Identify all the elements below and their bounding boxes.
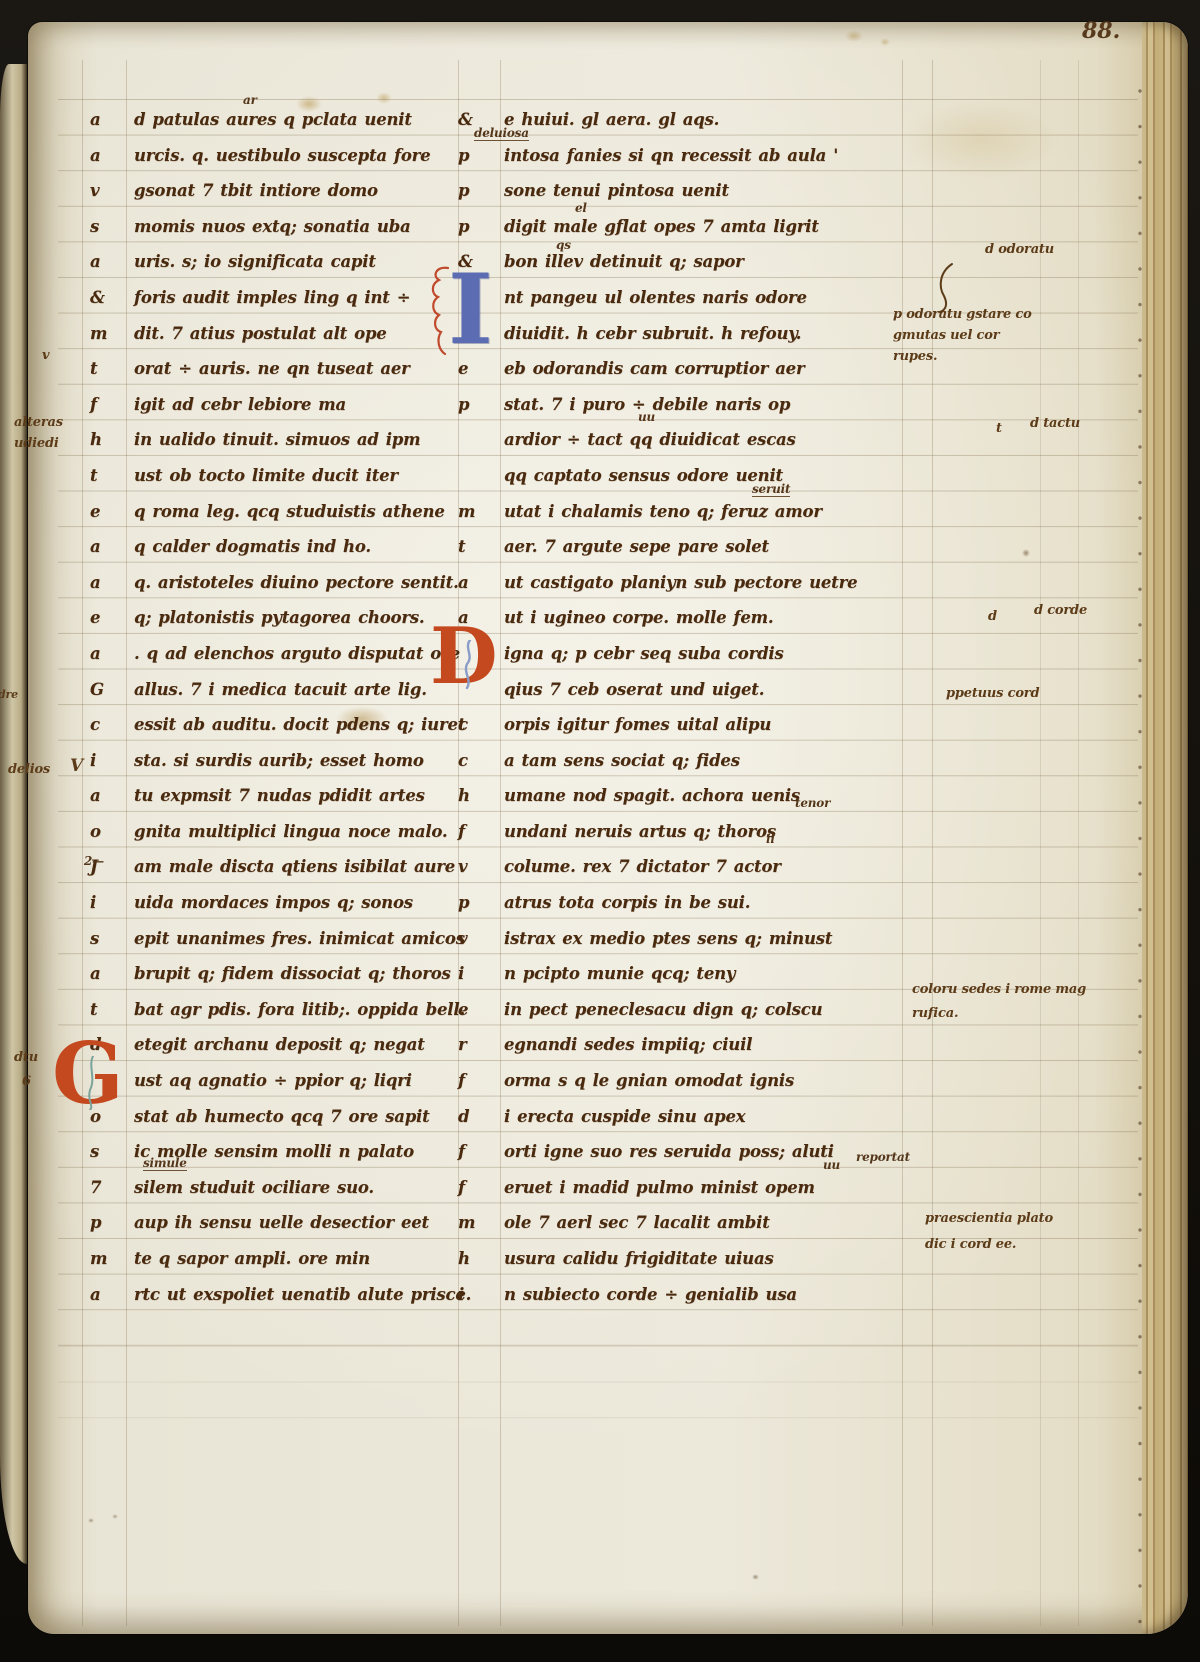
line-initial: f	[456, 1142, 504, 1172]
right-margin-note: d	[988, 609, 997, 624]
line-text: eb odorandis cam corruptior aer	[504, 359, 804, 389]
line-text: . q ad elenchos arguto disputat ore	[134, 644, 460, 674]
left-text-column: a d patulas aures q pclata uenit a urcis…	[86, 104, 478, 1314]
verse-line: a q calder dogmatis ind ho.	[86, 531, 478, 567]
interlinear-note: uu	[823, 1158, 840, 1172]
line-text: in ualido tinuit. simuos ad ipm	[134, 430, 420, 460]
verse-line: a brupit q; fidem dissociat q; thoros	[86, 958, 478, 994]
line-text: etegit archanu deposit q; negat	[134, 1035, 425, 1065]
line-text: aup ih sensu uelle desectior eet	[134, 1213, 429, 1243]
line-text: intosa fanies si qn recessit ab aula '	[504, 146, 838, 176]
line-text: n pcipto munie qcq; teny	[504, 964, 735, 994]
verse-line: s epit unanimes fres. inimicat amicos	[86, 923, 478, 959]
line-initial: f	[86, 395, 134, 425]
line-initial: t	[86, 466, 134, 496]
verse-line: t ust ob tocto limite ducit iter	[86, 460, 478, 496]
gloss-line: udiedi	[14, 433, 63, 454]
verse-line: p sone tenui pintosa uenit	[456, 175, 928, 211]
line-initial: s	[86, 217, 134, 247]
line-text: urcis. q. uestibulo suscepta fore	[134, 146, 430, 176]
verse-line: igna q; p cebr seq suba cordis	[456, 638, 928, 674]
verse-line: a tu expmsit 7 nudas pdidit artes	[86, 780, 478, 816]
verse-line: e q; platonistis pytagorea choors.	[86, 602, 478, 638]
verse-line: i n subiecto corde ÷ genialib usa	[456, 1279, 928, 1315]
right-margin-note: d tactu	[1030, 416, 1080, 431]
verse-line: ardior ÷ tact qq diuidicat escas	[456, 424, 928, 460]
line-initial: m	[86, 324, 134, 354]
left-margin-note: dtu	[14, 1050, 38, 1065]
line-text: i erecta cuspide sinu apex	[504, 1107, 745, 1137]
line-initial: m	[456, 502, 504, 532]
interlinear-note: qs	[556, 238, 571, 252]
line-initial: 7	[86, 1178, 134, 1208]
line-initial: m	[456, 1213, 504, 1243]
verse-line: p intosa fanies si qn recessit ab aula '	[456, 140, 928, 176]
line-text: orti igne suo res seruida poss; aluti	[504, 1142, 834, 1172]
line-text: eruet i madid pulmo minist opem	[504, 1178, 815, 1208]
verse-line: J am male discta qtiens isibilat aure	[86, 851, 478, 887]
line-text: am male discta qtiens isibilat aure	[134, 857, 455, 887]
gloss-line: alteras	[14, 412, 63, 433]
line-initial: a	[86, 537, 134, 567]
line-text: qq captato sensus odore uenit	[504, 466, 783, 496]
line-initial: &	[86, 288, 134, 318]
line-text: utat i chalamis teno q; feruz amor	[504, 502, 822, 532]
book-fore-edge	[1142, 22, 1188, 1634]
verse-line: p aup ih sensu uelle desectior eet	[86, 1207, 478, 1243]
line-text: diuidit. h cebr subruit. h refouy.	[504, 324, 801, 354]
line-text: n subiecto corde ÷ genialib usa	[504, 1285, 797, 1315]
line-text: aer. 7 argute sepe pare solet	[504, 537, 769, 567]
line-text: colume. rex 7 dictator 7 actor	[504, 857, 781, 887]
gloss-line: dic i cord ee.	[925, 1232, 1053, 1258]
line-initial: a	[86, 110, 134, 140]
verse-line: 7 silem studuit ociliare suo.	[86, 1172, 478, 1208]
verse-line: m dit. 7 atius postulat alt ope	[86, 318, 478, 354]
gloss-line: rufica.	[912, 1002, 1086, 1026]
line-text: rtc ut exspoliet uenatib alute prisce.	[134, 1285, 471, 1315]
left-margin-note: delios	[8, 762, 50, 777]
verse-line: a rtc ut exspoliet uenatib alute prisce.	[86, 1279, 478, 1315]
right-margin-note: t	[996, 421, 1002, 436]
line-text: q calder dogmatis ind ho.	[134, 537, 371, 567]
line-initial: v	[456, 929, 504, 959]
line-text: momis nuos extq; sonatia uba	[134, 217, 411, 247]
line-text: epit unanimes fres. inimicat amicos	[134, 929, 465, 959]
line-text: orpis igitur fomes uital alipu	[504, 715, 771, 745]
verse-line: p digit male gflat opes 7 amta ligrit	[456, 211, 928, 247]
line-text: istrax ex medio ptes sens q; minust	[504, 929, 832, 959]
verse-line: f igit ad cebr lebiore ma	[86, 389, 478, 425]
line-initial: c	[456, 751, 504, 781]
verse-line: d i erecta cuspide sinu apex	[456, 1101, 928, 1137]
line-initial: i	[456, 964, 504, 994]
line-initial: m	[86, 1249, 134, 1279]
line-text: foris audit imples ling q int ÷	[134, 288, 410, 318]
verse-line: nt pangeu ul olentes naris odore	[456, 282, 928, 318]
line-text: stat ab humecto qcq 7 ore sapit	[134, 1107, 430, 1137]
verse-line: p stat. 7 i puro ÷ debile naris op	[456, 389, 928, 425]
verse-line: f orma s q le gnian omodat ignis	[456, 1065, 928, 1101]
line-text: allus. 7 i medica tacuit arte lig.	[134, 680, 427, 710]
line-initial: c	[86, 715, 134, 745]
line-initial	[456, 430, 504, 460]
line-initial: h	[456, 1249, 504, 1279]
line-text: sone tenui pintosa uenit	[504, 181, 729, 211]
verse-line: t aer. 7 argute sepe pare solet	[456, 531, 928, 567]
verse-line: & bon illev detinuit q; sapor	[456, 246, 928, 282]
line-text: sta. si surdis aurib; esset homo	[134, 751, 424, 781]
right-margin-note: d corde	[1034, 603, 1087, 618]
line-initial	[456, 466, 504, 496]
verse-line: diuidit. h cebr subruit. h refouy.	[456, 318, 928, 354]
line-text: ust aq agnatio ÷ ppior q; liqri	[134, 1071, 412, 1101]
verse-line: e q roma leg. qcq studuistis athene	[86, 496, 478, 532]
line-text: atrus tota corpis in be sui.	[504, 893, 750, 923]
verse-line: qius 7 ceb oserat und uiget.	[456, 674, 928, 710]
line-text: d patulas aures q pclata uenit	[134, 110, 412, 140]
illuminated-initial-I: I	[448, 262, 493, 358]
line-text: orma s q le gnian omodat ignis	[504, 1071, 794, 1101]
line-text: q roma leg. qcq studuistis athene	[134, 502, 445, 532]
line-initial: p	[456, 395, 504, 425]
verse-line: t bat agr pdis. fora litib;. oppida bell…	[86, 994, 478, 1030]
line-text: silem studuit ociliare suo.	[134, 1178, 374, 1208]
verse-line: a q. aristoteles diuino pectore sentit.	[86, 567, 478, 603]
line-text: igit ad cebr lebiore ma	[134, 395, 346, 425]
right-margin-note: ppetuus cord	[946, 686, 1039, 701]
verse-line: v colume. rex 7 dictator 7 actor	[456, 851, 928, 887]
verse-line: a ut i ugineo corpe. molle fem.	[456, 602, 928, 638]
line-initial: o	[86, 822, 134, 852]
verse-line: v istrax ex medio ptes sens q; minust	[456, 923, 928, 959]
gloss-line: rupes.	[893, 346, 1032, 367]
right-margin-gloss: praescientia plato dic i cord ee.	[925, 1206, 1053, 1258]
left-margin-gloss: alteras udiedi	[14, 412, 63, 454]
line-text: tu expmsit 7 nudas pdidit artes	[134, 786, 425, 816]
line-initial: a	[86, 252, 134, 282]
verse-line: i uida mordaces impos q; sonos	[86, 887, 478, 923]
line-initial: a	[86, 146, 134, 176]
line-initial: d	[456, 1107, 504, 1137]
line-text: ole 7 aerl sec 7 lacalit ambit	[504, 1213, 770, 1243]
verse-line: o stat ab humecto qcq 7 ore sapit	[86, 1101, 478, 1137]
verse-line: e in pect peneclesacu dign q; colscu	[456, 994, 928, 1030]
verse-line: a uris. s; io significata capit	[86, 246, 478, 282]
line-initial: s	[86, 1142, 134, 1172]
line-initial: f	[456, 1071, 504, 1101]
verse-line: f eruet i madid pulmo minist opem	[456, 1172, 928, 1208]
previous-page-edge	[0, 64, 27, 1564]
verse-line: r egnandi sedes impiiq; ciuil	[456, 1029, 928, 1065]
interlinear-note: simule	[143, 1156, 187, 1171]
line-text: nt pangeu ul olentes naris odore	[504, 288, 807, 318]
manuscript-photo: 88. a d patulas aures q pclata uenit a u…	[0, 0, 1200, 1662]
illuminated-initial-G: G	[52, 1032, 124, 1116]
line-text: in pect peneclesacu dign q; colscu	[504, 1000, 822, 1030]
verse-line: o gnita multiplici lingua noce malo.	[86, 816, 478, 852]
line-initial: a	[86, 964, 134, 994]
line-initial: e	[456, 1000, 504, 1030]
line-initial: c	[456, 715, 504, 745]
interlinear-note: ii	[766, 832, 775, 846]
line-initial: a	[86, 573, 134, 603]
line-text: ardior ÷ tact qq diuidicat escas	[504, 430, 796, 460]
illuminated-initial-D: D	[430, 618, 498, 696]
verse-line: i n pcipto munie qcq; teny	[456, 958, 928, 994]
line-text: gsonat 7 tbit intiore domo	[134, 181, 378, 211]
line-text: ut i ugineo corpe. molle fem.	[504, 608, 773, 638]
verse-line: f undani neruis artus q; thoros	[456, 816, 928, 852]
verse-line: m ole 7 aerl sec 7 lacalit ambit	[456, 1207, 928, 1243]
line-text: dit. 7 atius postulat alt ope	[134, 324, 387, 354]
left-margin-note: V	[70, 756, 83, 776]
line-initial: r	[456, 1035, 504, 1065]
line-initial: a	[86, 786, 134, 816]
line-initial: a	[86, 1285, 134, 1315]
line-text: orat ÷ auris. ne qn tuseat aer	[134, 359, 410, 389]
verse-line: c essit ab auditu. docit pdens q; iuret	[86, 709, 478, 745]
interlinear-note: tenor	[795, 796, 830, 810]
line-text: essit ab auditu. docit pdens q; iuret	[134, 715, 465, 745]
line-initial: p	[456, 893, 504, 923]
line-initial: v	[456, 857, 504, 887]
line-text: ut castigato planiyn sub pectore uetre	[504, 573, 857, 603]
left-margin-note: 6	[22, 1074, 31, 1089]
line-initial: e	[86, 502, 134, 532]
line-text: digit male gflat opes 7 amta ligrit	[504, 217, 819, 247]
line-initial: p	[456, 217, 504, 247]
right-text-column: & e huiui. gl aera. gl aqs. p intosa fan…	[456, 104, 928, 1314]
verse-line: ust aq agnatio ÷ ppior q; liqri	[86, 1065, 478, 1101]
verse-line: c a tam sens sociat q; fides	[456, 745, 928, 781]
verse-line: s momis nuos extq; sonatia uba	[86, 211, 478, 247]
verse-line: h umane nod spagit. achora uenis	[456, 780, 928, 816]
gloss-line: coloru sedes i rome mag	[912, 978, 1086, 1002]
line-text: ust ob tocto limite ducit iter	[134, 466, 398, 496]
line-text: egnandi sedes impiiq; ciuil	[504, 1035, 752, 1065]
verse-line: p atrus tota corpis in be sui.	[456, 887, 928, 923]
left-margin-note: dre	[0, 688, 18, 701]
verse-line: t orat ÷ auris. ne qn tuseat aer	[86, 353, 478, 389]
line-text: q; platonistis pytagorea choors.	[134, 608, 424, 638]
line-initial: i	[86, 751, 134, 781]
line-text: qius 7 ceb oserat und uiget.	[504, 680, 764, 710]
interlinear-note: el	[575, 201, 587, 215]
line-initial: f	[456, 1178, 504, 1208]
gloss-line: gmutas uel cor	[893, 325, 1032, 346]
line-initial: G	[86, 680, 134, 710]
line-text: undani neruis artus q; thoros	[504, 822, 776, 852]
verse-line: e eb odorandis cam corruptior aer	[456, 353, 928, 389]
verse-line: i sta. si surdis aurib; esset homo	[86, 745, 478, 781]
line-initial: t	[86, 359, 134, 389]
verse-line: m te q sapor ampli. ore min	[86, 1243, 478, 1279]
verse-line: a ut castigato planiyn sub pectore uetre	[456, 567, 928, 603]
line-initial: h	[86, 430, 134, 460]
right-margin-note: d odoratu	[985, 242, 1054, 257]
verse-line: & foris audit imples ling q int ÷	[86, 282, 478, 318]
line-initial: i	[456, 1285, 504, 1315]
line-text: brupit q; fidem dissociat q; thoros	[134, 964, 451, 994]
line-text: uida mordaces impos q; sonos	[134, 893, 413, 923]
line-initial: p	[456, 181, 504, 211]
line-initial: p	[86, 1213, 134, 1243]
interlinear-note: reportat	[856, 1150, 910, 1164]
verse-line: G allus. 7 i medica tacuit arte lig.	[86, 674, 478, 710]
verse-line: a . q ad elenchos arguto disputat ore	[86, 638, 478, 674]
line-initial: a	[456, 573, 504, 603]
line-initial: e	[86, 608, 134, 638]
interlinear-note: deluiosa	[474, 126, 529, 141]
left-margin-note: v	[42, 348, 49, 363]
line-initial: f	[456, 822, 504, 852]
line-initial: i	[86, 893, 134, 923]
verse-line: m utat i chalamis teno q; feruz amor	[456, 496, 928, 532]
line-text: igna q; p cebr seq suba cordis	[504, 644, 784, 674]
line-initial: t	[456, 537, 504, 567]
line-text: a tam sens sociat q; fides	[504, 751, 740, 781]
gloss-line: p odoratu gstare co	[893, 304, 1032, 325]
line-initial: v	[86, 181, 134, 211]
verse-line: a d patulas aures q pclata uenit	[86, 104, 478, 140]
line-text: bat agr pdis. fora litib;. oppida bell.	[134, 1000, 465, 1030]
line-initial: a	[86, 644, 134, 674]
line-initial: s	[86, 929, 134, 959]
verse-line: qq captato sensus odore uenit	[456, 460, 928, 496]
line-initial: p	[456, 146, 504, 176]
line-text: bon illev detinuit q; sapor	[504, 252, 744, 282]
folio-number: 88.	[1082, 18, 1120, 44]
right-margin-gloss: p odoratu gstare co gmutas uel cor rupes…	[893, 304, 1032, 367]
verse-line: v gsonat 7 tbit intiore domo	[86, 175, 478, 211]
line-text: e huiui. gl aera. gl aqs.	[504, 110, 719, 140]
line-text: te q sapor ampli. ore min	[134, 1249, 370, 1279]
interlinear-note: seruit	[752, 482, 790, 497]
interlinear-note: ar	[243, 93, 257, 107]
line-initial: h	[456, 786, 504, 816]
line-text: q. aristoteles diuino pectore sentit.	[134, 573, 459, 603]
line-text: usura calidu frigiditate uiuas	[504, 1249, 774, 1279]
line-text: gnita multiplici lingua noce malo.	[134, 822, 447, 852]
right-margin-gloss: coloru sedes i rome mag rufica.	[912, 978, 1086, 1026]
verse-line: a urcis. q. uestibulo suscepta fore	[86, 140, 478, 176]
interlinear-note: uu	[638, 410, 655, 424]
gloss-line: praescientia plato	[925, 1206, 1053, 1232]
verse-line: d etegit archanu deposit q; negat	[86, 1029, 478, 1065]
verse-line: c orpis igitur fomes uital alipu	[456, 709, 928, 745]
interlinear-note: 2—	[84, 854, 104, 868]
line-text: uris. s; io significata capit	[134, 252, 376, 282]
verse-line: h in ualido tinuit. simuos ad ipm	[86, 424, 478, 460]
verse-line: h usura calidu frigiditate uiuas	[456, 1243, 928, 1279]
line-text: umane nod spagit. achora uenis	[504, 786, 800, 816]
